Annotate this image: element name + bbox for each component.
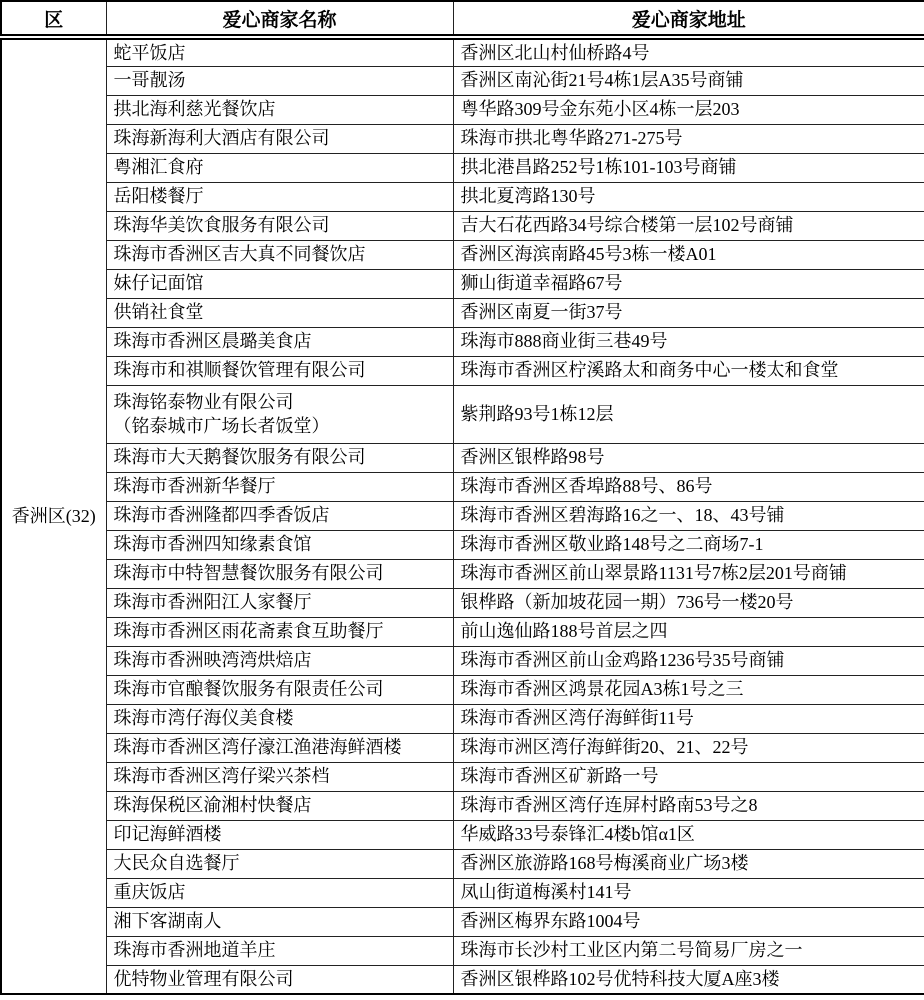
table-row: 妹仔记面馆狮山街道幸福路67号: [1, 269, 924, 298]
merchant-address-cell: 拱北夏湾路130号: [453, 182, 924, 211]
table-row: 印记海鲜酒楼华威路33号泰锋汇4楼b馆α1区: [1, 820, 924, 849]
table-row: 珠海市香洲区湾仔梁兴茶档珠海市香洲区矿新路一号: [1, 762, 924, 791]
table-row: 珠海市香洲新华餐厅珠海市香洲区香埠路88号、86号: [1, 472, 924, 501]
merchant-name-cell: 珠海市湾仔海仪美食楼: [106, 704, 453, 733]
merchant-address-cell: 珠海市香洲区前山翠景路1131号7栋2层201号商铺: [453, 559, 924, 588]
merchant-name-cell: 珠海新海利大酒店有限公司: [106, 124, 453, 153]
table-row: 湘下客湖南人香洲区梅界东路1004号: [1, 907, 924, 936]
table-row: 重庆饭店凤山街道梅溪村141号: [1, 878, 924, 907]
merchant-address-cell: 珠海市888商业街三巷49号: [453, 327, 924, 356]
merchant-address-cell: 香洲区南夏一街37号: [453, 298, 924, 327]
table-body: 香洲区(32)蛇平饭店香洲区北山村仙桥路4号一哥靓汤香洲区南沁街21号4栋1层A…: [1, 37, 924, 994]
table-row: 珠海市官酿餐饮服务有限责任公司珠海市香洲区鸿景花园A3栋1号之三: [1, 675, 924, 704]
merchant-name-cell: 妹仔记面馆: [106, 269, 453, 298]
merchant-name-cell: 珠海市香洲四知缘素食馆: [106, 530, 453, 559]
merchant-name-cell: 珠海市香洲区湾仔梁兴茶档: [106, 762, 453, 791]
merchant-address-cell: 前山逸仙路188号首层之四: [453, 617, 924, 646]
merchant-name-cell: 印记海鲜酒楼: [106, 820, 453, 849]
merchant-name-cell: 珠海市和祺顺餐饮管理有限公司: [106, 356, 453, 385]
table-row: 珠海市中特智慧餐饮服务有限公司珠海市香洲区前山翠景路1131号7栋2层201号商…: [1, 559, 924, 588]
table-row: 一哥靓汤香洲区南沁街21号4栋1层A35号商铺: [1, 66, 924, 95]
merchant-address-cell: 紫荆路93号1栋12层: [453, 385, 924, 443]
merchant-name-cell: 供销社食堂: [106, 298, 453, 327]
table-row: 珠海市和祺顺餐饮管理有限公司珠海市香洲区柠溪路太和商务中心一楼太和食堂: [1, 356, 924, 385]
merchant-name-cell: 蛇平饭店: [106, 37, 453, 66]
merchant-name-cell: 大民众自选餐厅: [106, 849, 453, 878]
merchant-address-cell: 珠海市拱北粤华路271-275号: [453, 124, 924, 153]
merchant-address-cell: 珠海市长沙村工业区内第二号简易厂房之一: [453, 936, 924, 965]
table-row: 珠海市香洲映湾湾烘焙店珠海市香洲区前山金鸡路1236号35号商铺: [1, 646, 924, 675]
merchant-address-cell: 粤华路309号金东苑小区4栋一层203: [453, 95, 924, 124]
table-row: 香洲区(32)蛇平饭店香洲区北山村仙桥路4号: [1, 37, 924, 66]
merchant-name-cell: 珠海市香洲区湾仔濠江渔港海鲜酒楼: [106, 733, 453, 762]
merchant-name-cell: 粤湘汇食府: [106, 153, 453, 182]
merchant-address-cell: 珠海市香洲区鸿景花园A3栋1号之三: [453, 675, 924, 704]
merchant-name-cell: 珠海市香洲隆都四季香饭店: [106, 501, 453, 530]
table-row: 供销社食堂香洲区南夏一街37号: [1, 298, 924, 327]
merchant-address-cell: 珠海市香洲区柠溪路太和商务中心一楼太和食堂: [453, 356, 924, 385]
merchant-name-cell: 拱北海利慈光餐饮店: [106, 95, 453, 124]
merchant-address-cell: 香洲区北山村仙桥路4号: [453, 37, 924, 66]
merchant-name-cell: 珠海市香洲地道羊庄: [106, 936, 453, 965]
merchant-address-cell: 香洲区梅界东路1004号: [453, 907, 924, 936]
merchant-address-cell: 珠海市香洲区湾仔连屏村路南53号之8: [453, 791, 924, 820]
merchant-name-cell: 珠海华美饮食服务有限公司: [106, 211, 453, 240]
table-row: 珠海市香洲区雨花斋素食互助餐厅前山逸仙路188号首层之四: [1, 617, 924, 646]
merchant-address-cell: 拱北港昌路252号1栋101-103号商铺: [453, 153, 924, 182]
merchant-address-cell: 珠海市洲区湾仔海鲜街20、21、22号: [453, 733, 924, 762]
merchant-address-cell: 狮山街道幸福路67号: [453, 269, 924, 298]
merchant-name-cell: 岳阳楼餐厅: [106, 182, 453, 211]
merchant-address-cell: 银桦路（新加坡花园一期）736号一楼20号: [453, 588, 924, 617]
table-row: 粤湘汇食府拱北港昌路252号1栋101-103号商铺: [1, 153, 924, 182]
table-row: 珠海市香洲地道羊庄珠海市长沙村工业区内第二号简易厂房之一: [1, 936, 924, 965]
district-cell: 香洲区(32): [1, 37, 106, 994]
merchant-name-cell: 珠海市香洲区晨璐美食店: [106, 327, 453, 356]
table-row: 珠海华美饮食服务有限公司吉大石花西路34号综合楼第一层102号商铺: [1, 211, 924, 240]
merchant-address-cell: 吉大石花西路34号综合楼第一层102号商铺: [453, 211, 924, 240]
table-header: 区 爱心商家名称 爱心商家地址: [1, 1, 924, 37]
table-row: 珠海市香洲四知缘素食馆珠海市香洲区敬业路148号之二商场7-1: [1, 530, 924, 559]
merchant-name-cell: 珠海市大天鹅餐饮服务有限公司: [106, 443, 453, 472]
header-district: 区: [1, 1, 106, 37]
merchant-address-cell: 香洲区银桦路98号: [453, 443, 924, 472]
table-row: 珠海市香洲隆都四季香饭店珠海市香洲区碧海路16之一、18、43号铺: [1, 501, 924, 530]
merchant-address-cell: 珠海市香洲区敬业路148号之二商场7-1: [453, 530, 924, 559]
table-row: 拱北海利慈光餐饮店粤华路309号金东苑小区4栋一层203: [1, 95, 924, 124]
table-row: 珠海保税区渝湘村快餐店珠海市香洲区湾仔连屏村路南53号之8: [1, 791, 924, 820]
merchant-address-cell: 珠海市香洲区湾仔海鲜街11号: [453, 704, 924, 733]
merchant-name-cell: 珠海市香洲映湾湾烘焙店: [106, 646, 453, 675]
table-row: 珠海市大天鹅餐饮服务有限公司香洲区银桦路98号: [1, 443, 924, 472]
merchant-name-cell: 珠海市香洲区吉大真不同餐饮店: [106, 240, 453, 269]
merchant-address-cell: 凤山街道梅溪村141号: [453, 878, 924, 907]
merchant-address-cell: 华威路33号泰锋汇4楼b馆α1区: [453, 820, 924, 849]
merchant-name-cell: 珠海市香洲区雨花斋素食互助餐厅: [106, 617, 453, 646]
table-row: 岳阳楼餐厅拱北夏湾路130号: [1, 182, 924, 211]
merchant-name-cell: 一哥靓汤: [106, 66, 453, 95]
merchant-name-cell: 优特物业管理有限公司: [106, 965, 453, 994]
merchant-name-cell: 珠海市香洲新华餐厅: [106, 472, 453, 501]
merchant-name-cell: 珠海市中特智慧餐饮服务有限公司: [106, 559, 453, 588]
table-row: 珠海新海利大酒店有限公司珠海市拱北粤华路271-275号: [1, 124, 924, 153]
header-merchant-address: 爱心商家地址: [453, 1, 924, 37]
header-merchant-name: 爱心商家名称: [106, 1, 453, 37]
merchant-name-cell: 珠海铭泰物业有限公司 （铭泰城市广场长者饭堂）: [106, 385, 453, 443]
merchant-address-cell: 香洲区银桦路102号优特科技大厦A座3楼: [453, 965, 924, 994]
table-row: 珠海市湾仔海仪美食楼珠海市香洲区湾仔海鲜街11号: [1, 704, 924, 733]
merchant-name-cell: 重庆饭店: [106, 878, 453, 907]
merchant-name-cell: 珠海市香洲阳江人家餐厅: [106, 588, 453, 617]
merchant-address-cell: 香洲区旅游路168号梅溪商业广场3楼: [453, 849, 924, 878]
table-row: 珠海市香洲区湾仔濠江渔港海鲜酒楼珠海市洲区湾仔海鲜街20、21、22号: [1, 733, 924, 762]
table-row: 珠海市香洲区晨璐美食店珠海市888商业街三巷49号: [1, 327, 924, 356]
merchant-address-cell: 珠海市香洲区香埠路88号、86号: [453, 472, 924, 501]
table-row: 珠海市香洲阳江人家餐厅银桦路（新加坡花园一期）736号一楼20号: [1, 588, 924, 617]
merchant-name-cell: 湘下客湖南人: [106, 907, 453, 936]
merchant-address-cell: 香洲区海滨南路45号3栋一楼A01: [453, 240, 924, 269]
merchant-name-cell: 珠海保税区渝湘村快餐店: [106, 791, 453, 820]
merchant-name-cell: 珠海市官酿餐饮服务有限责任公司: [106, 675, 453, 704]
merchant-address-cell: 香洲区南沁街21号4栋1层A35号商铺: [453, 66, 924, 95]
merchant-table: 区 爱心商家名称 爱心商家地址 香洲区(32)蛇平饭店香洲区北山村仙桥路4号一哥…: [0, 0, 924, 995]
merchant-address-cell: 珠海市香洲区碧海路16之一、18、43号铺: [453, 501, 924, 530]
merchant-address-cell: 珠海市香洲区前山金鸡路1236号35号商铺: [453, 646, 924, 675]
table-row: 珠海铭泰物业有限公司 （铭泰城市广场长者饭堂）紫荆路93号1栋12层: [1, 385, 924, 443]
table-row: 大民众自选餐厅香洲区旅游路168号梅溪商业广场3楼: [1, 849, 924, 878]
table-row: 珠海市香洲区吉大真不同餐饮店香洲区海滨南路45号3栋一楼A01: [1, 240, 924, 269]
table-row: 优特物业管理有限公司香洲区银桦路102号优特科技大厦A座3楼: [1, 965, 924, 994]
merchant-address-cell: 珠海市香洲区矿新路一号: [453, 762, 924, 791]
